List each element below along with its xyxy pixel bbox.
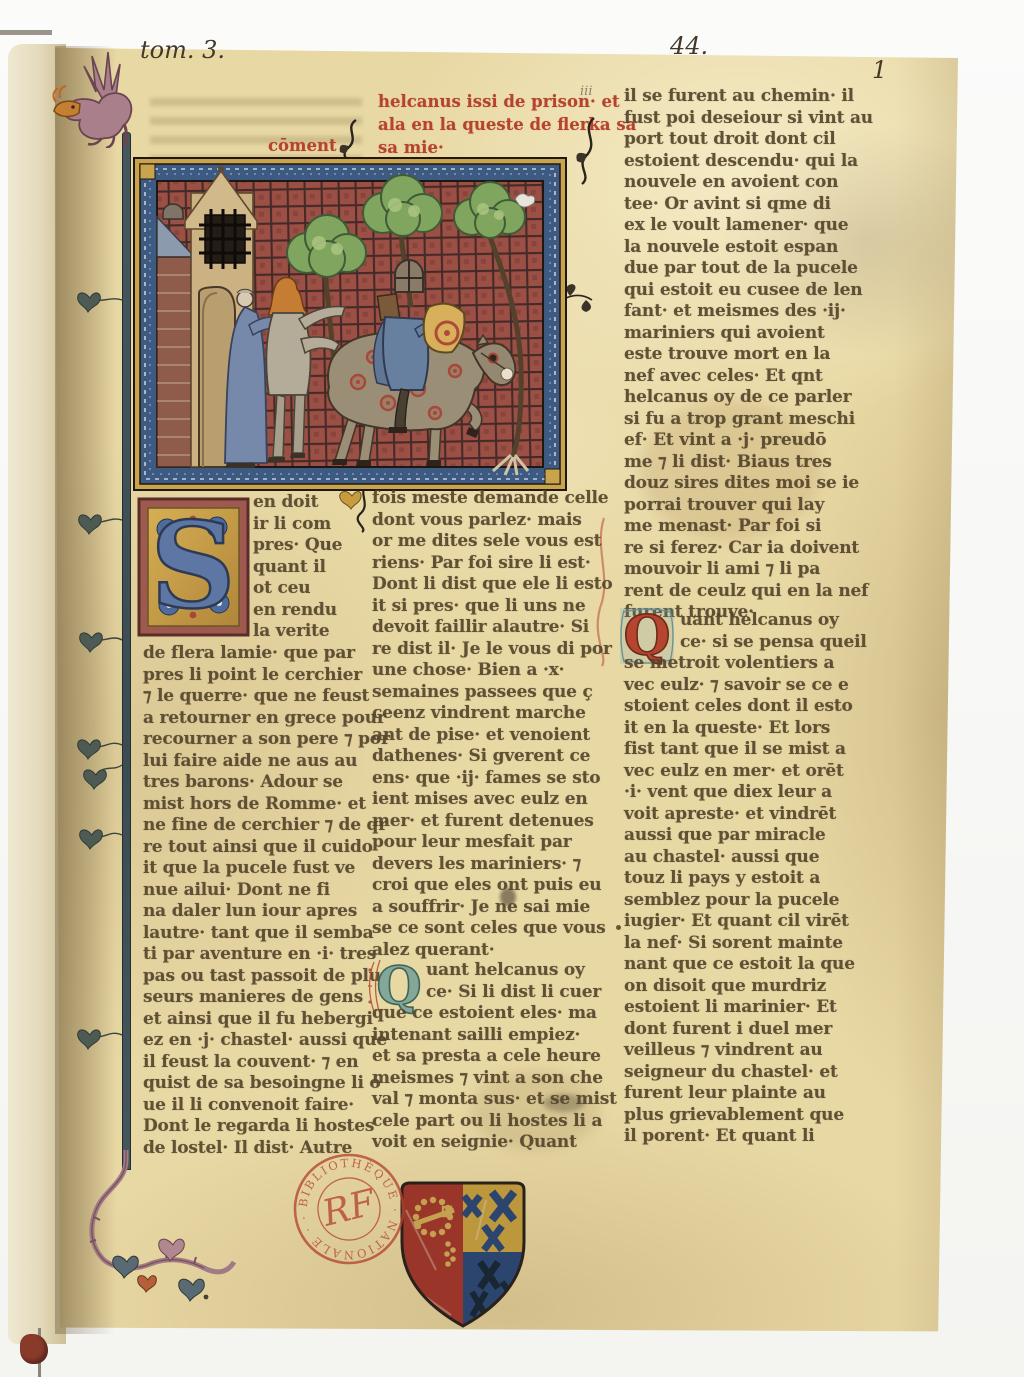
coat-of-arms xyxy=(396,1180,530,1332)
left-column-beside-initial: en doit ir li com pres· Que quant il ot … xyxy=(253,492,342,643)
middle-column-beside-initial: uant helcanus oy ce· Si li dist li cuer xyxy=(426,960,601,1003)
initial-letter-S: S xyxy=(150,497,235,635)
manuscript-scan: tom. 3. 44. 1 iii cōment helcanus issi d… xyxy=(0,0,1024,1377)
worm-hole xyxy=(616,925,621,930)
illuminated-initial-S: S xyxy=(137,497,250,637)
left-column-text: de flera lamie· que par pres li point le… xyxy=(143,643,390,1159)
stamp-monogram: RF xyxy=(318,1182,381,1235)
library-stamp: · BIBLIOTHÈQUE · NATIONALE · RF xyxy=(290,1150,408,1268)
right-column-beside-initial: uant helcanus oy ce· si se pensa queil xyxy=(680,610,867,653)
miniature-illustration xyxy=(133,157,567,491)
binding-leather-corner xyxy=(20,1334,48,1364)
tome-annotation: tom. 3. xyxy=(140,36,225,64)
page-number: 44. xyxy=(670,32,708,60)
foliation-number: 1 xyxy=(872,56,887,84)
rubric-prefix: cōment xyxy=(268,134,337,157)
middle-column-text-top: fois meste demande celle dont vous parle… xyxy=(372,488,613,961)
pen-flourish xyxy=(564,116,606,186)
dragon-ornament xyxy=(46,40,150,148)
right-column-text-top: il se furent au chemin· il fust poi dese… xyxy=(624,86,873,624)
right-column-text-bottom: se metroit volentiers a vec eulz· ⁊ savo… xyxy=(624,653,855,1148)
cover-board-edge xyxy=(0,30,52,35)
ivy-leaves-margin xyxy=(68,278,132,1068)
vine-bas-de-page xyxy=(70,1150,270,1310)
middle-column-text-bottom: que ce estoient eles· ma intenant sailli… xyxy=(372,1003,617,1154)
